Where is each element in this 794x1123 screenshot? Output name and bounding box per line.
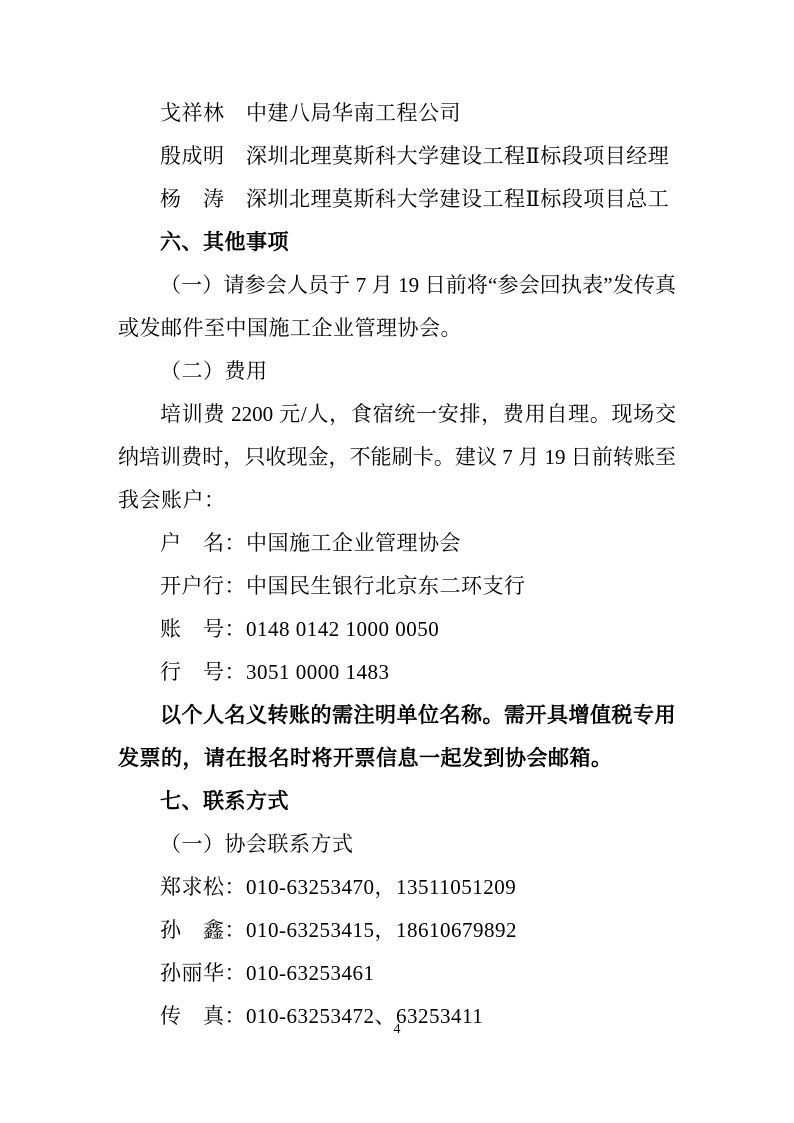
attendee-yin-chengming: 殷成明 深圳北理莫斯科大学建设工程Ⅱ标段项目经理	[118, 135, 676, 178]
para-return-receipt-line2: 或发邮件至中国施工企业管理协会。	[118, 307, 676, 350]
subsection-contact-heading: （一）协会联系方式	[118, 823, 676, 866]
para-invoice-note-line2: 发票的，请在报名时将开票信息一起发到协会邮箱。	[118, 737, 676, 780]
section-6-heading: 六、其他事项	[118, 221, 676, 264]
attendee-ge-xianglin: 戈祥林 中建八局华南工程公司	[118, 92, 676, 135]
subsection-fee-heading: （二）费用	[118, 350, 676, 393]
section-7-heading: 七、联系方式	[118, 780, 676, 823]
account-name-line: 户 名：中国施工企业管理协会	[118, 522, 676, 565]
document-page: 戈祥林 中建八局华南工程公司 殷成明 深圳北理莫斯科大学建设工程Ⅱ标段项目经理 …	[0, 0, 794, 1123]
contact-zheng-qiusong: 郑求松：010-63253470，13511051209	[118, 866, 676, 909]
bank-branch-line: 开户行：中国民生银行北京东二环支行	[118, 565, 676, 608]
para-fee-line1: 培训费 2200 元/人，食宿统一安排，费用自理。现场交	[118, 393, 676, 436]
bank-code-line: 行 号：3051 0000 1483	[118, 651, 676, 694]
contact-sun-xin: 孙 鑫：010-63253415，18610679892	[118, 909, 676, 952]
para-fee-line3: 我会账户：	[118, 479, 676, 522]
account-number-line: 账 号：0148 0142 1000 0050	[118, 608, 676, 651]
para-invoice-note-line1: 以个人名义转账的需注明单位名称。需开具增值税专用	[118, 694, 676, 737]
document-body: 戈祥林 中建八局华南工程公司 殷成明 深圳北理莫斯科大学建设工程Ⅱ标段项目经理 …	[118, 92, 676, 1038]
para-return-receipt-line1: （一）请参会人员于 7 月 19 日前将“参会回执表”发传真	[118, 264, 676, 307]
para-fee-line2: 纳培训费时，只收现金，不能刷卡。建议 7 月 19 日前转账至	[118, 436, 676, 479]
contact-sun-lihua: 孙丽华：010-63253461	[118, 952, 676, 995]
attendee-yang-tao: 杨 涛 深圳北理莫斯科大学建设工程Ⅱ标段项目总工	[118, 178, 676, 221]
page-number: 4	[0, 1020, 794, 1040]
